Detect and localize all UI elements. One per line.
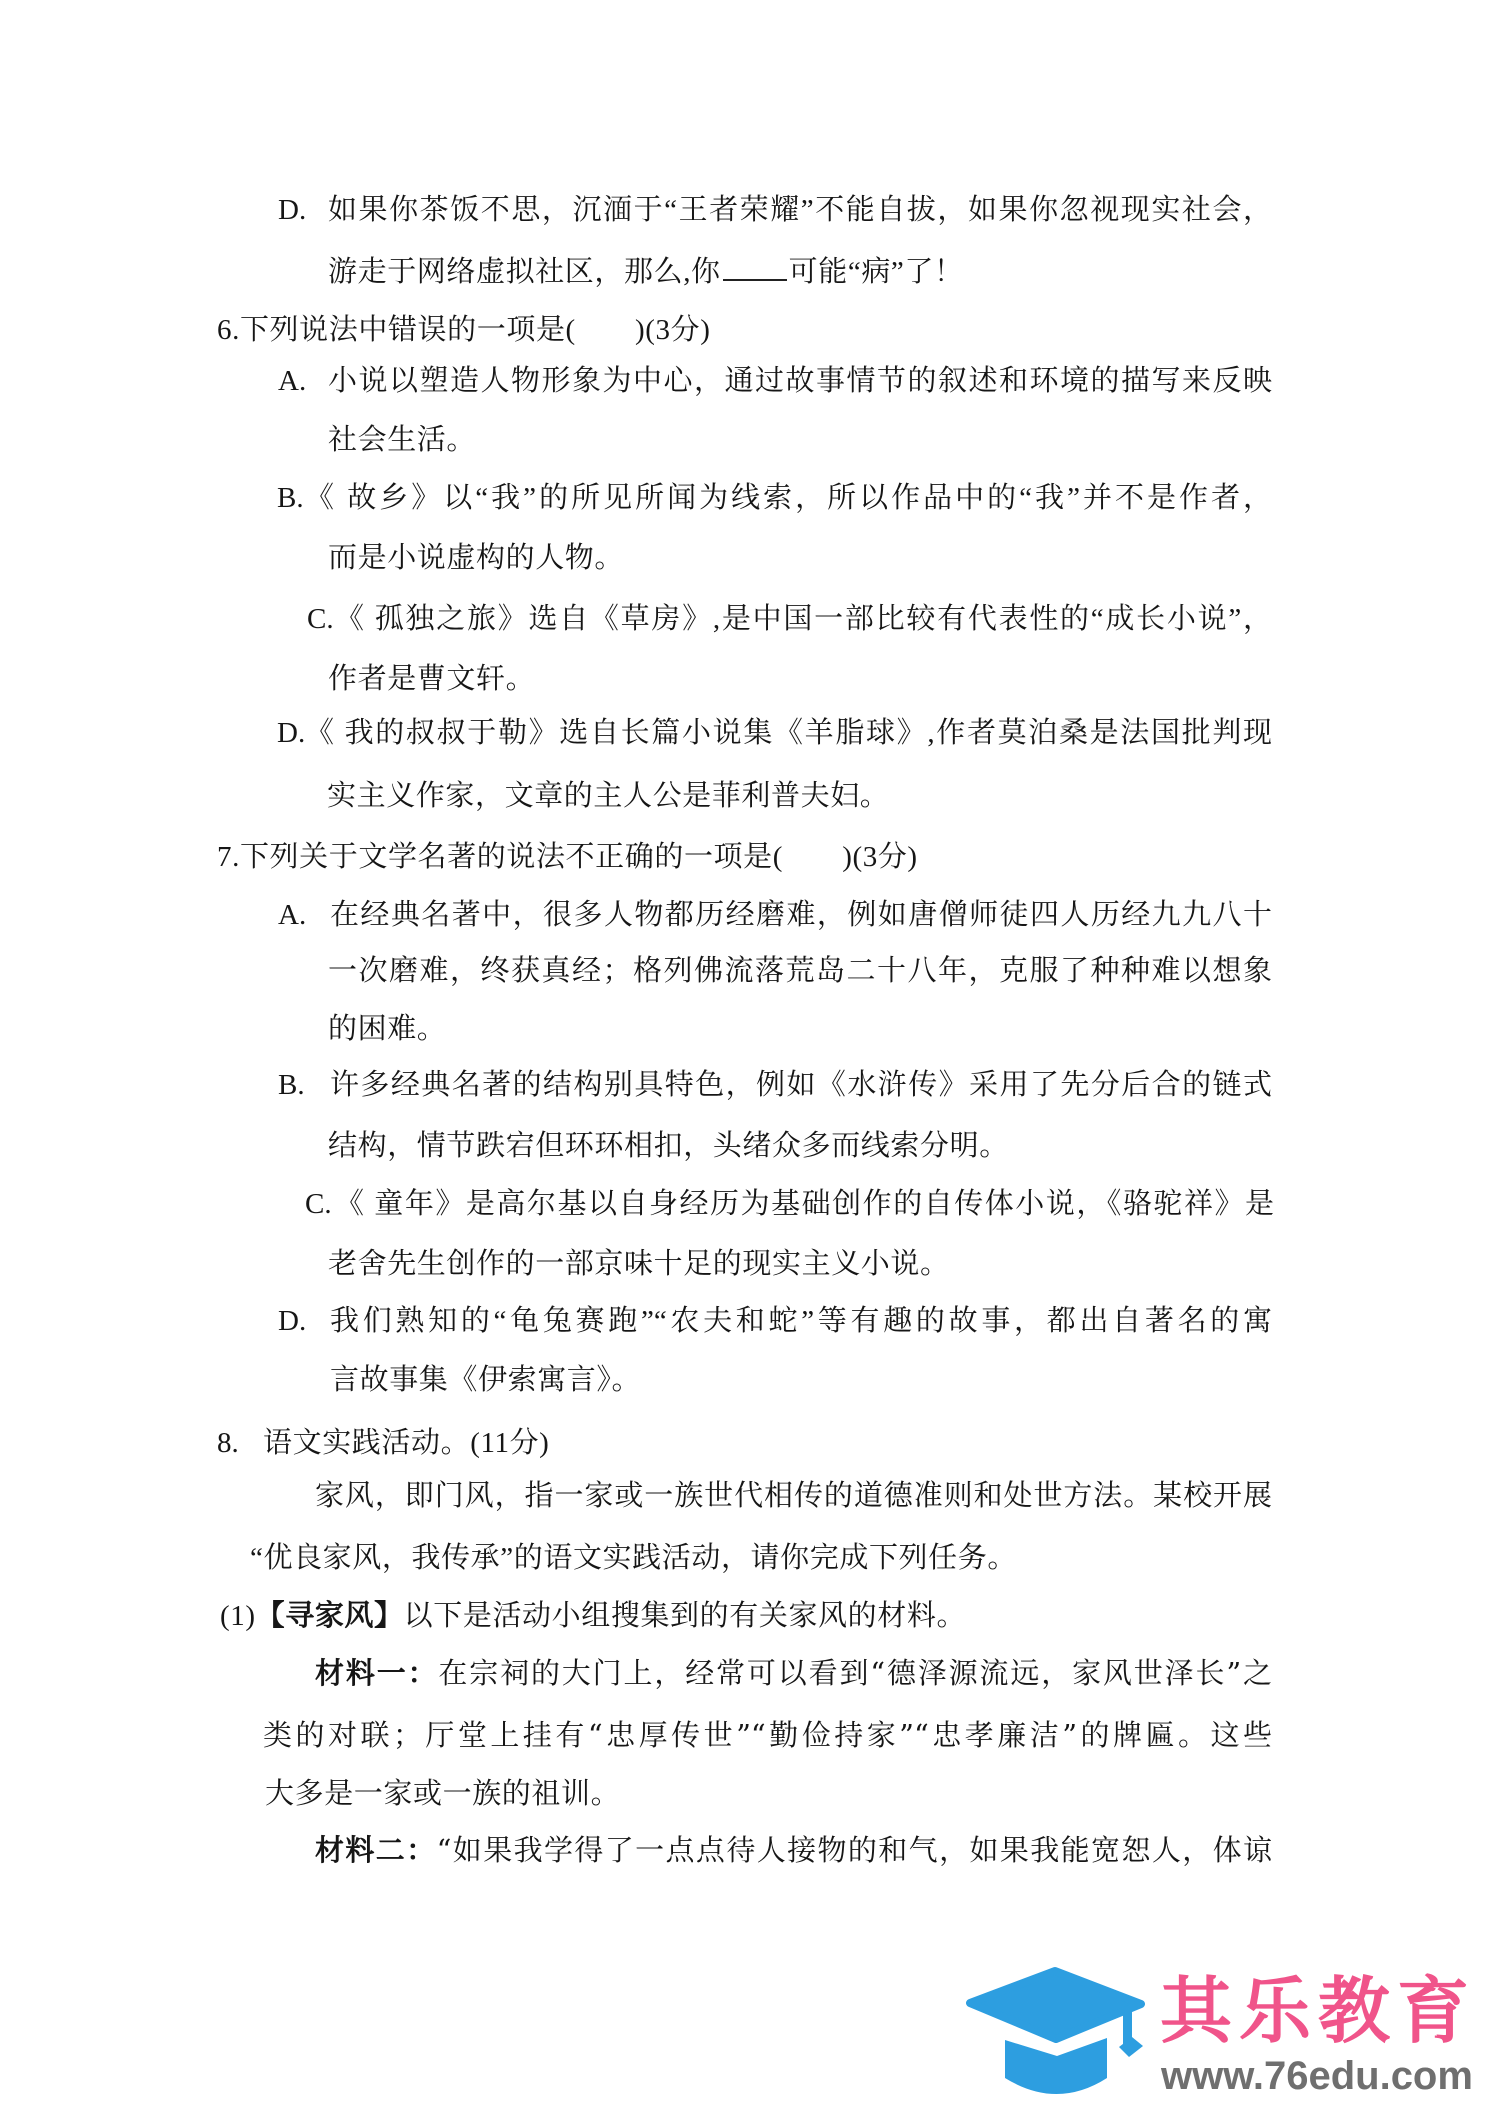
material-1-line: 材料一：在宗祠的大门上，经常可以看到“德泽源流远，家风世泽长”之 [315,1655,1272,1691]
option-text-line: 《 童年》是高尔基以自身经历为基础创作的自传体小说，《骆驼祥》是 [335,1186,1274,1222]
option-text-line: 《 我的叔叔于勒》选自长篇小说集《羊脂球》,作者莫泊桑是法国批判现 [305,715,1272,751]
task-text: 以下是活动小组搜集到的有关家风的材料。 [404,1600,966,1632]
option-label: C. [305,1186,332,1222]
question-stem: 6.下列说法中错误的一项是( )(3分) [217,312,710,348]
option-text-line: 小说以塑造人物形象为中心，通过故事情节的叙述和环境的描写来反映 [328,363,1272,399]
option-text-line: 社会生活。 [328,422,476,458]
option-label: C. [307,601,334,637]
intro-line: 家风，即门风，指一家或一族世代相传的道德准则和处世方法。某校开展 [315,1478,1272,1514]
option-label: B. [278,1067,305,1103]
option-label: B. [277,480,304,516]
exam-page: D. 如果你茶饭不思，沉湎于“王者荣耀”不能自拔，如果你忽视现实社会， 游走于网… [0,0,1493,2112]
question-stem: 7.下列关于文学名著的说法不正确的一项是( )(3分) [217,839,918,875]
material-1-line: 大多是一家或一族的祖训。 [265,1775,620,1811]
option-text-line: 的困难。 [328,1011,446,1047]
brand-name: 其乐教育 [1160,1975,1476,2047]
option-text-line: 老舍先生创作的一部京味十足的现实主义小说。 [328,1246,950,1282]
task-number: (1) [220,1600,256,1632]
option-text-line: 结构，情节跌宕但环环相扣，头绪众多而线索分明。 [328,1128,1009,1164]
material-2-text: “如果我学得了一点点待人接物的和气，如果我能宽恕人，体谅 [437,1833,1272,1867]
option-text-line: 如果你茶饭不思，沉湎于“王者荣耀”不能自拔，如果你忽视现实社会， [328,192,1272,228]
task-title: 【寻家风】 [256,1598,404,1632]
material-1-label: 材料一： [315,1656,438,1690]
option-label: A. [278,363,306,399]
intro-line: “优良家风，我传承”的语文实践活动，请你完成下列任务。 [250,1540,1017,1576]
option-text-line: 在经典名著中，很多人物都历经磨难，例如唐僧师徒四人历经九九八十 [330,897,1272,933]
option-text-line: 而是小说虚构的人物。 [328,540,624,576]
graduation-cap-icon [960,1960,1160,2110]
question-number: 8. [217,1425,239,1461]
text-after-blank: 可能“病”了！ [789,256,964,288]
question-title: 语文实践活动。(11分) [263,1425,549,1461]
option-text-line-with-blank: 游走于网络虚拟社区，那么,你可能“病”了！ [328,254,964,290]
option-label: D. [278,1303,306,1339]
material-2-label: 材料二： [315,1833,437,1867]
option-text-line: 作者是曹文轩。 [328,661,535,697]
option-text-line: 我们熟知的“龟兔赛跑”“农夫和蛇”等有趣的故事，都出自著名的寓 [330,1303,1272,1339]
option-text-line: 《 孤独之旅》选自《草房》,是中国一部比较有代表性的“成长小说”， [335,601,1272,637]
material-2-line: 材料二：“如果我学得了一点点待人接物的和气，如果我能宽恕人，体谅 [315,1832,1272,1868]
option-text-line: 实主义作家，文章的主人公是菲利普夫妇。 [327,778,889,814]
option-label: D. [277,715,305,751]
text-before-blank: 游走于网络虚拟社区，那么,你 [328,256,721,288]
option-label: D. [278,192,306,228]
option-text-line: 《 故乡》以“我”的所见所闻为线索，所以作品中的“我”并不是作者， [305,480,1272,516]
task-1-heading: (1)【寻家风】以下是活动小组搜集到的有关家风的材料。 [220,1597,966,1633]
material-1-line: 类的对联；厅堂上挂有“忠厚传世”“勤俭持家”“忠孝廉洁”的牌匾。这些 [263,1717,1272,1753]
brand-url: www.76edu.com [1161,2056,1473,2096]
option-text-line: 一次磨难，终获真经；格列佛流落荒岛二十八年，克服了种种难以想象 [328,953,1272,989]
option-label: A. [278,897,306,933]
material-1-text: 在宗祠的大门上，经常可以看到“德泽源流远，家风世泽长”之 [438,1656,1272,1690]
fill-in-blank [723,255,787,281]
option-text-line: 许多经典名著的结构别具特色，例如《水浒传》采用了先分后合的链式 [330,1067,1272,1103]
option-text-line: 言故事集《伊索寓言》。 [330,1362,641,1398]
